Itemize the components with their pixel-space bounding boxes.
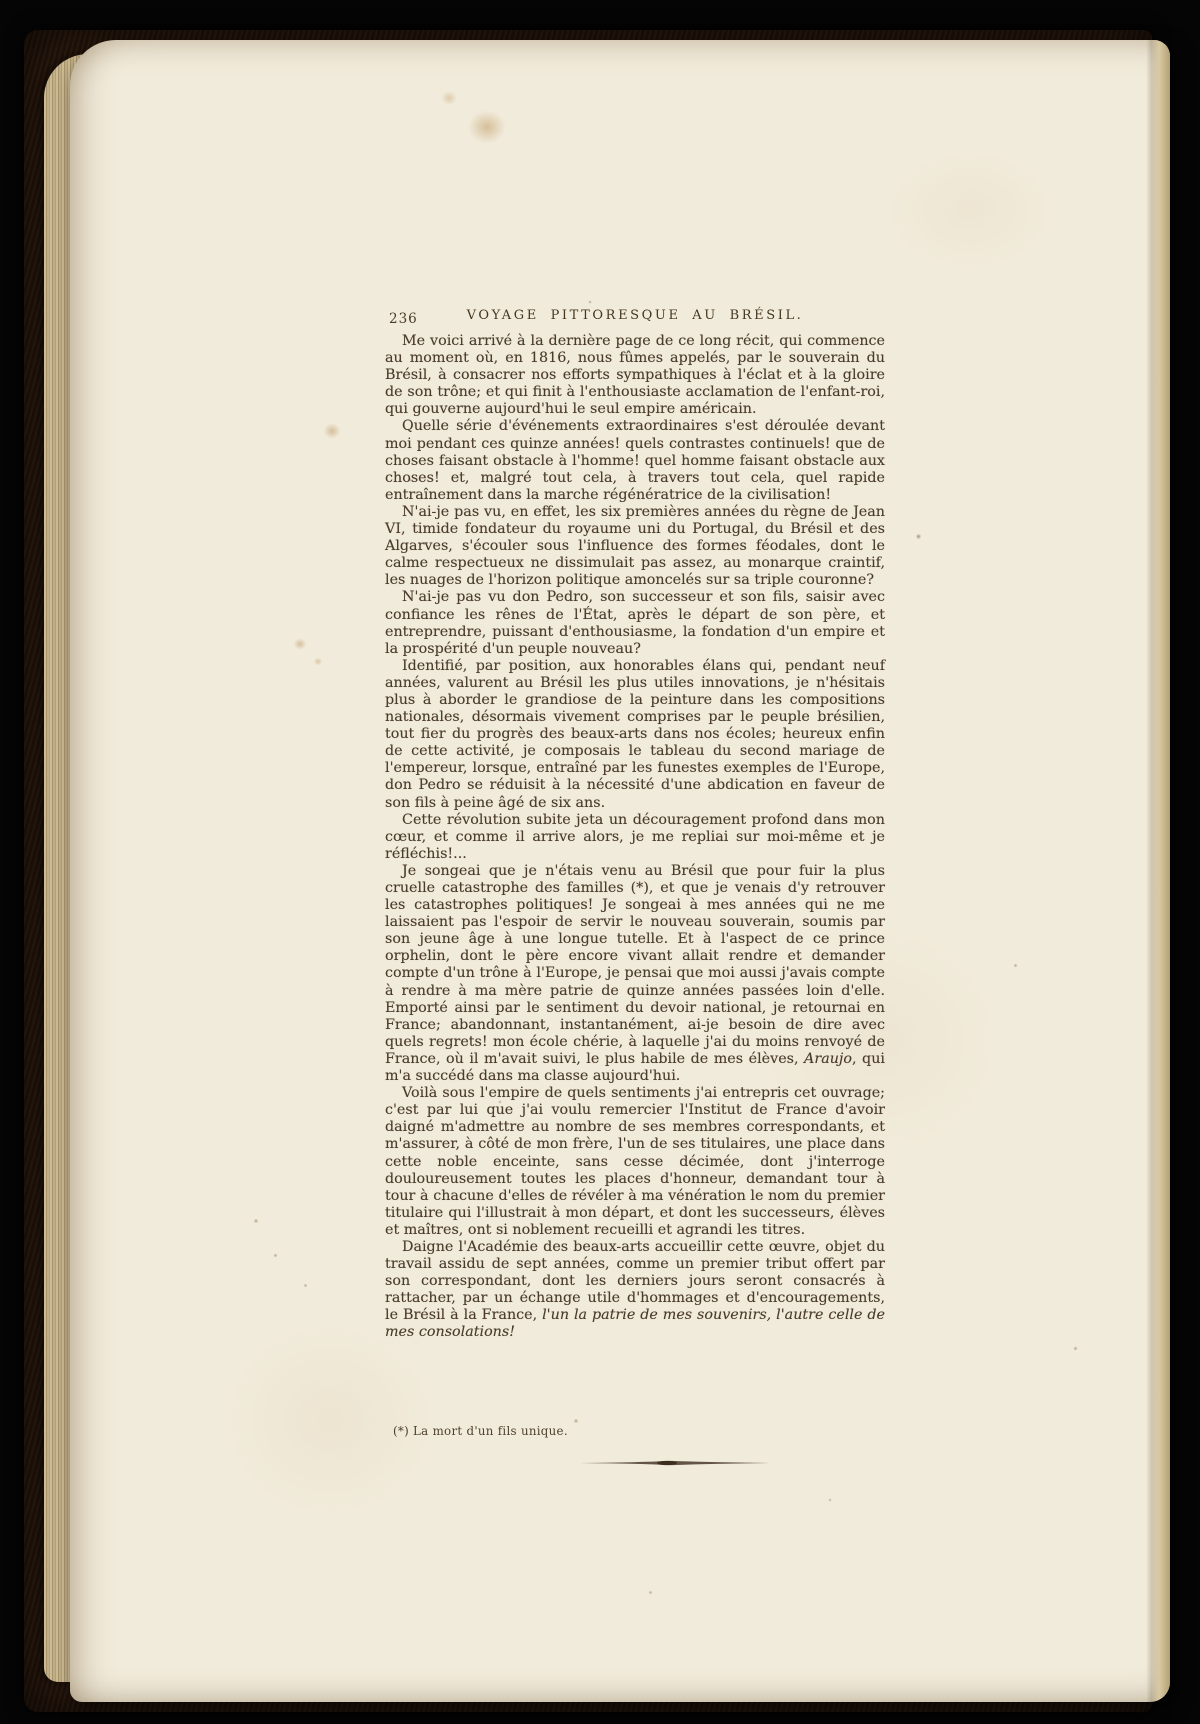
- page-header: 236 VOYAGE PITTORESQUE AU BRÉSIL.: [385, 308, 885, 330]
- decorative-rule: [580, 1458, 770, 1468]
- page-number: 236: [389, 311, 418, 327]
- paragraph: Me voici arrivé à la dernière page de ce…: [385, 333, 885, 418]
- paragraph: Cette révolution subite jeta un décourag…: [385, 812, 885, 863]
- book-page: 236 VOYAGE PITTORESQUE AU BRÉSIL. Me voi…: [70, 40, 1170, 1702]
- paragraph: N'ai-je pas vu don Pedro, son successeur…: [385, 589, 885, 657]
- running-title: VOYAGE PITTORESQUE AU BRÉSIL.: [385, 308, 885, 323]
- book-photo: 236 VOYAGE PITTORESQUE AU BRÉSIL. Me voi…: [0, 0, 1200, 1724]
- text-block: 236 VOYAGE PITTORESQUE AU BRÉSIL. Me voi…: [385, 308, 885, 1468]
- footnote: (*) La mort d'un fils unique.: [385, 1424, 885, 1438]
- paragraph: Je songeai que je n'étais venu au Brésil…: [385, 863, 885, 1085]
- body-text: Me voici arrivé à la dernière page de ce…: [385, 333, 885, 1342]
- paragraph: Daigne l'Académie des beaux-arts accueil…: [385, 1239, 885, 1342]
- paragraph: Voilà sous l'empire de quels sentiments …: [385, 1085, 885, 1239]
- paragraph: Quelle série d'événements extraordinaire…: [385, 418, 885, 503]
- paragraph: N'ai-je pas vu, en effet, les six premiè…: [385, 504, 885, 589]
- paragraph: Identifié, par position, aux honorables …: [385, 658, 885, 812]
